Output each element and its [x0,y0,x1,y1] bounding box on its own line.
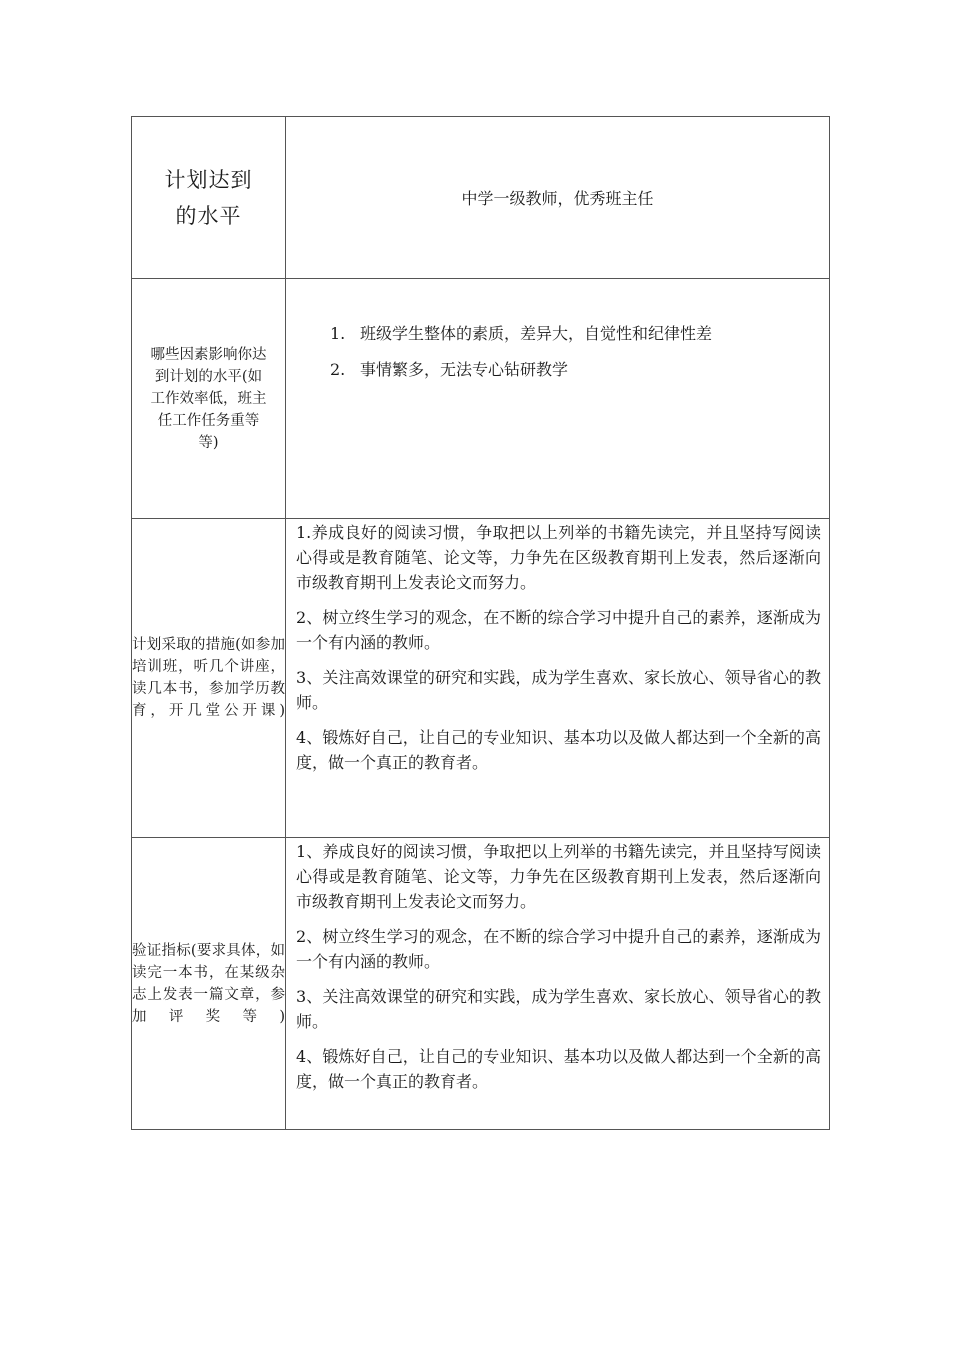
paragraph: 4、锻炼好自己，让自己的专业知识、基本功以及做人都达到一个全新的高度，做一个真正… [296,725,821,775]
row-label-verification-indicators: 验证指标(要求具体，如读完一本书，在某级杂志上发表一篇文章，参加评奖等) [132,838,286,1130]
indicators-paragraphs: 1、养成良好的阅读习惯，争取把以上列举的书籍先读完，并且坚持写阅读心得或是教育随… [286,838,829,1094]
plan-table: 计划达到 的水平 中学一级教师，优秀班主任 哪些因素影响你达 到计划的水平(如 … [131,116,830,1130]
label-line: 的水平 [176,204,242,228]
label-line: 哪些因素影响你达 [151,347,267,363]
label-line: 工作效率低，班主 [151,391,267,407]
row-content-verification-indicators: 1、养成良好的阅读习惯，争取把以上列举的书籍先读完，并且坚持写阅读心得或是教育随… [286,838,830,1130]
row-label-target-level: 计划达到 的水平 [132,117,286,279]
document-page: 计划达到 的水平 中学一级教师，优秀班主任 哪些因素影响你达 到计划的水平(如 … [0,0,960,1357]
label-line: 到计划的水平(如 [155,369,262,385]
paragraph: 1.养成良好的阅读习惯，争取把以上列举的书籍先读完，并且坚持写阅读心得或是教育随… [296,520,821,595]
row-label-influencing-factors: 哪些因素影响你达 到计划的水平(如 工作效率低，班主 任工作任务重等 等) [132,279,286,519]
list-item: 1. 班级学生整体的素质，差异大，自觉性和纪律性差 [332,316,829,352]
paragraph: 3、关注高效课堂的研究和实践，成为学生喜欢、家长放心、领导省心的教师。 [296,984,821,1034]
paragraph: 2、树立终生学习的观念，在不断的综合学习中提升自己的素养，逐渐成为一个有内涵的教… [296,924,821,974]
paragraph: 2、树立终生学习的观念，在不断的综合学习中提升自己的素养，逐渐成为一个有内涵的教… [296,605,821,655]
label-line: 等) [198,435,218,451]
row-content-target-level: 中学一级教师，优秀班主任 [286,117,830,279]
list-item-text: 班级学生整体的素质，差异大，自觉性和纪律性差 [332,316,829,352]
factor-list: 1. 班级学生整体的素质，差异大，自觉性和纪律性差 2. 事情繁多，无法专心钻研… [286,316,829,388]
table-row-planned-measures: 计划采取的措施(如参加培训班，听几个讲座，读几本书，参加学历教育，开几堂公开课)… [132,519,830,838]
label-line: 计划达到 [165,168,253,192]
table-row-target-level: 计划达到 的水平 中学一级教师，优秀班主任 [132,117,830,279]
row-content-influencing-factors: 1. 班级学生整体的素质，差异大，自觉性和纪律性差 2. 事情繁多，无法专心钻研… [286,279,830,519]
table-row-verification-indicators: 验证指标(要求具体，如读完一本书，在某级杂志上发表一篇文章，参加评奖等) 1、养… [132,838,830,1130]
table-row-influencing-factors: 哪些因素影响你达 到计划的水平(如 工作效率低，班主 任工作任务重等 等) 1.… [132,279,830,519]
list-item-number: 1. [330,316,354,352]
row-content-planned-measures: 1.养成良好的阅读习惯，争取把以上列举的书籍先读完，并且坚持写阅读心得或是教育随… [286,519,830,838]
paragraph: 4、锻炼好自己，让自己的专业知识、基本功以及做人都达到一个全新的高度，做一个真正… [296,1044,821,1094]
row-label-planned-measures: 计划采取的措施(如参加培训班，听几个讲座，读几本书，参加学历教育，开几堂公开课) [132,519,286,838]
list-item-text: 事情繁多，无法专心钻研教学 [332,352,829,388]
label-line: 任工作任务重等 [158,413,260,429]
list-item: 2. 事情繁多，无法专心钻研教学 [332,352,829,388]
paragraph: 3、关注高效课堂的研究和实践，成为学生喜欢、家长放心、领导省心的教师。 [296,665,821,715]
list-item-number: 2. [330,352,354,388]
measures-paragraphs: 1.养成良好的阅读习惯，争取把以上列举的书籍先读完，并且坚持写阅读心得或是教育随… [286,519,829,775]
paragraph: 1、养成良好的阅读习惯，争取把以上列举的书籍先读完，并且坚持写阅读心得或是教育随… [296,839,821,914]
